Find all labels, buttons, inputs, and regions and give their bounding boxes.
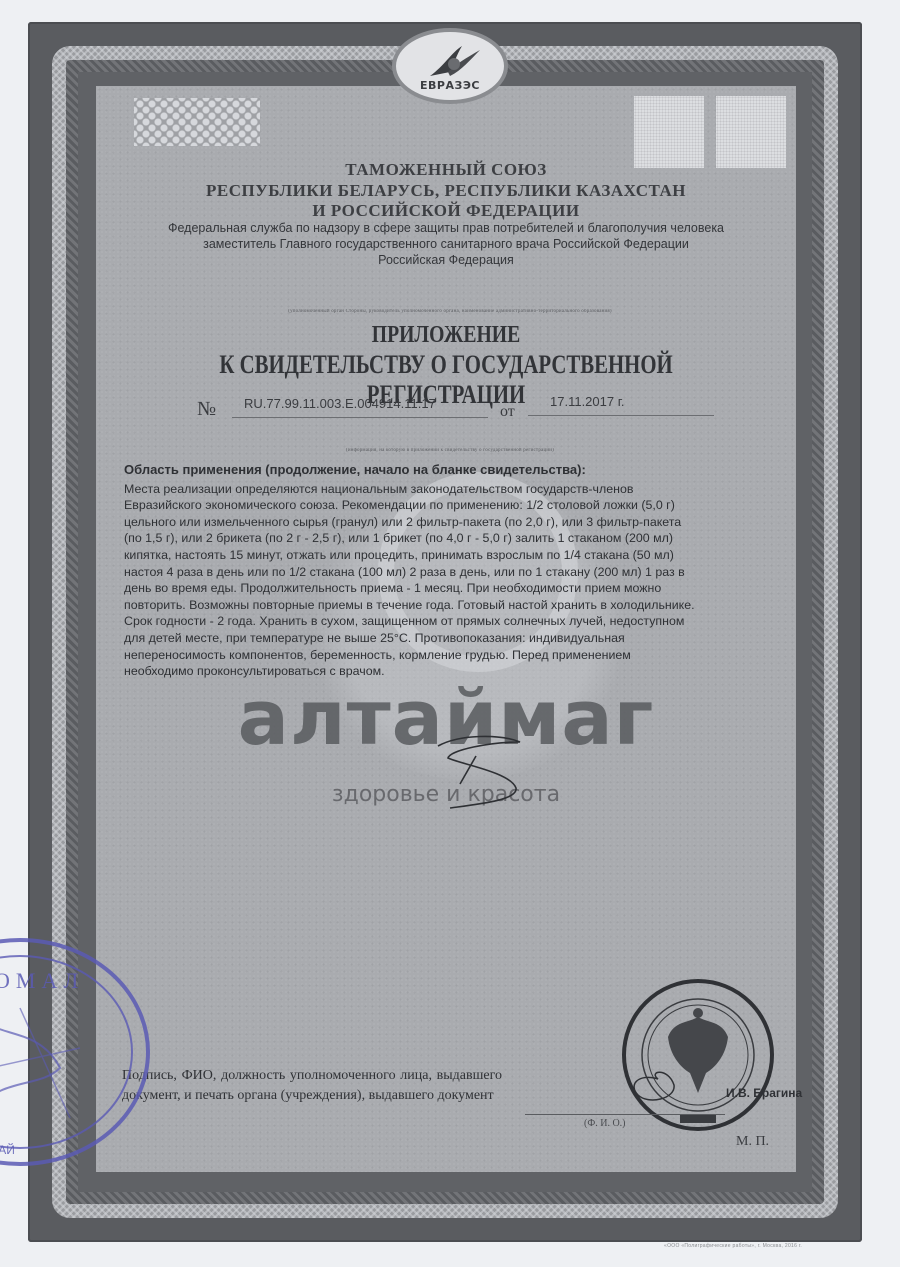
info-caption: (информация, на которую в приложении к с…	[170, 448, 730, 453]
union-title-line: И РОССИЙСКОЙ ФЕДЕРАЦИИ	[96, 201, 796, 221]
union-title-line: ТАМОЖЕННЫЙ СОЮЗ	[96, 160, 796, 180]
scope-line: день во время еды. Продолжительность при…	[124, 580, 784, 597]
registration-number: RU.77.99.11.003.E.004914.11.17	[232, 396, 488, 418]
signature-scribble-icon	[420, 728, 540, 818]
scope-line: (по 1,5 г), или 2 брикета (по 2 г - 2,5 …	[124, 530, 784, 547]
scope-line: для детей месте, при температуре не выше…	[124, 630, 784, 647]
scope-line: Евразийского экономического союза. Реком…	[124, 497, 784, 514]
scope-line: Места реализации определяются национальн…	[124, 481, 784, 498]
fio-caption: (Ф. И. О.)	[584, 1118, 626, 1129]
emblem-label: ЕВРАЗЭС	[396, 79, 504, 92]
signature-line	[525, 1114, 725, 1115]
seal-place-label: М. П.	[736, 1134, 769, 1150]
registration-date: 17.11.2017 г.	[528, 394, 714, 416]
print-note: «ООО «Полиграфические работы», г. Москва…	[664, 1243, 802, 1249]
state-emblem-seal-icon	[618, 975, 778, 1135]
svg-text:ОМАЛ: ОМАЛ	[0, 968, 84, 993]
authority-line: Федеральная служба по надзору в сфере за…	[96, 221, 796, 235]
number-sign: №	[197, 398, 216, 421]
eurasec-emblem-icon	[426, 42, 482, 82]
security-code-box	[634, 96, 704, 168]
union-title-line: РЕСПУБЛИКИ БЕЛАРУСЬ, РЕСПУБЛИКИ КАЗАХСТА…	[96, 181, 796, 201]
signer-name: И.В. Брагина	[726, 1086, 802, 1100]
document-title: ПРИЛОЖЕНИЕ	[159, 322, 733, 349]
scope-line: непереносимость компонентов, беременност…	[124, 647, 784, 664]
application-scope: Область применения (продолжение, начало …	[124, 462, 784, 680]
authority-line: Российская Федерация	[96, 253, 796, 267]
authority-caption: (уполномоченный орган Стороны, руководит…	[170, 309, 730, 314]
scope-line: Срок годности - 2 года. Хранить в сухом,…	[124, 613, 784, 630]
date-prefix: от	[500, 403, 515, 421]
security-code-box	[716, 96, 786, 168]
authority-line: заместитель Главного государственного са…	[96, 237, 796, 251]
svg-text:КРАЙ: КРАЙ	[0, 1142, 15, 1157]
eurasec-logo: ЕВРАЗЭС	[392, 28, 508, 104]
security-pattern	[134, 98, 260, 146]
scope-line: цельного или измельченного сырья (гранул…	[124, 514, 784, 531]
scope-line: повторить. Возможны повторные приемы в т…	[124, 597, 784, 614]
company-seal-icon: ОМАЛ КРАЙ	[0, 918, 155, 1186]
scope-line: кипятка, настоять 15 минут, отжать или п…	[124, 547, 784, 564]
signature-caption: Подпись, ФИО, должность уполномоченного …	[122, 1066, 502, 1106]
scope-heading: Область применения (продолжение, начало …	[124, 462, 784, 479]
scope-line: настоя 4 раза в день или по 1/2 стакана …	[124, 564, 784, 581]
